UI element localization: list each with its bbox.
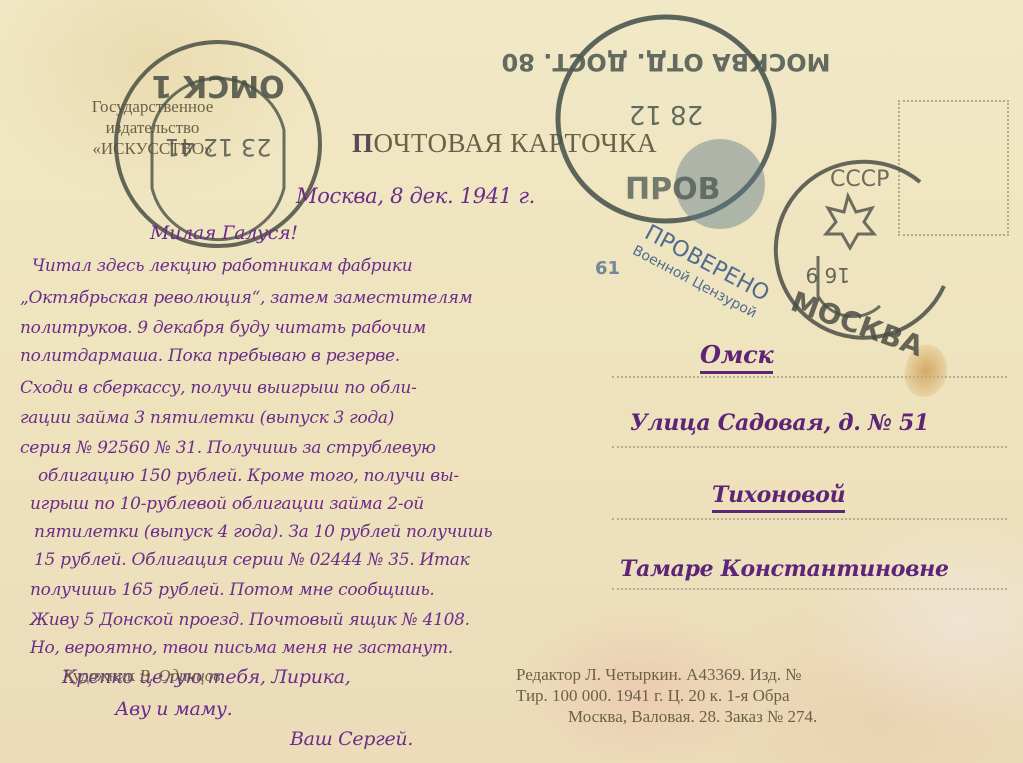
letter-line: Аву и маму. (115, 698, 232, 720)
censor-stamp: ПРОВЕРЕНО Военной Цензурой 61 (575, 230, 745, 310)
letter-line: Сходи в сберкассу, получи выигрыш по обл… (20, 378, 417, 398)
postmark-moscow: СССР 16 9 МОСКВА (770, 156, 950, 340)
address-street: Улица Садовая, д. № 51 (630, 410, 929, 436)
letter-greeting: Милая Галуся! (150, 222, 298, 244)
letter-line: Но, вероятно, твои письма меня не застан… (30, 638, 453, 658)
letter-line: гации займа 3 пятилетки (выпуск 3 года) (20, 408, 394, 428)
svg-text:16 9: 16 9 (805, 263, 850, 287)
letter-line: Ваш Сергей. (290, 728, 413, 750)
letter-line: получишь 165 рублей. Потом мне сообщишь. (30, 580, 435, 600)
address-line-2 (612, 446, 1007, 448)
artist-label: Художник (62, 666, 135, 685)
postmark-moscow-transit-icon: МОСКВА ОТД. ДОСТ. 80 28 12 ПРОВ (555, 14, 777, 224)
imprint-block: Редактор Л. Четыркин. А43369. Изд. № Тир… (516, 664, 817, 727)
letter-line: пятилетки (выпуск 4 года). За 10 рублей … (34, 522, 492, 542)
letter-line: „Октябрьская революция“, затем заместите… (20, 288, 472, 308)
artist-credit: Художник В. Одинцов. (62, 666, 225, 686)
postmark-omsk: ОМСК 1 23 12 41 (112, 38, 324, 250)
letter-line: серия № 92560 № 31. Получишь за струблев… (20, 438, 436, 458)
letter-line: облигацию 150 рублей. Кроме того, получи… (38, 466, 459, 486)
letter-line: политруков. 9 декабря буду читать рабочи… (20, 318, 426, 338)
svg-text:МОСКВА ОТД. ДОСТ. 80: МОСКВА ОТД. ДОСТ. 80 (502, 48, 831, 76)
imprint-line-3: Москва, Валовая. 28. Заказ № 274. (516, 706, 817, 727)
svg-text:МОСКВА: МОСКВА (787, 285, 928, 363)
letter-line: игрыш по 10-рублевой облигации займа 2-о… (30, 494, 424, 514)
svg-text:28 12: 28 12 (629, 99, 703, 129)
address-line-3 (612, 518, 1007, 520)
svg-text:61: 61 (595, 258, 620, 279)
imprint-line-1: Редактор Л. Четыркин. А43369. Изд. № (516, 664, 817, 685)
letter-line: политдармаша. Пока пребываю в резерве. (20, 346, 400, 366)
address-family: Тихоновой (712, 482, 845, 508)
address-line-1 (612, 376, 1007, 378)
address-city: Омск (700, 340, 773, 369)
address-line-4 (612, 588, 1007, 590)
address-recipient: Тамаре Константиновне (620, 556, 949, 582)
postcard: Государственное издательство «ИСКУССТВО»… (0, 0, 1023, 763)
title-first-letter: П (352, 128, 374, 158)
svg-text:ПРОВ: ПРОВ (625, 172, 720, 207)
letter-line: 15 рублей. Облигация серии № 02444 № 35.… (34, 550, 469, 570)
svg-text:23 12 41: 23 12 41 (165, 133, 272, 161)
imprint-line-2: Тир. 100 000. 1941 г. Ц. 20 к. 1-я Обра (516, 685, 817, 706)
svg-text:ОМСК 1: ОМСК 1 (151, 68, 284, 103)
letter-line: Живу 5 Донской проезд. Почтовый ящик № 4… (30, 610, 470, 630)
censor-stamp-icon: ПРОВЕРЕНО Военной Цензурой 61 (575, 230, 745, 310)
postmark-moscow-transit: МОСКВА ОТД. ДОСТ. 80 28 12 ПРОВ (555, 14, 777, 224)
letter-line: Читал здесь лекцию работникам фабрики (32, 256, 412, 276)
postmark-moscow-icon: СССР 16 9 МОСКВА (770, 156, 950, 340)
postmark-omsk-icon: ОМСК 1 23 12 41 (112, 38, 324, 250)
svg-text:СССР: СССР (830, 167, 889, 192)
letter-place-date: Москва, 8 дек. 1941 г. (296, 184, 535, 208)
artist-name: В. Одинцов. (139, 666, 225, 685)
